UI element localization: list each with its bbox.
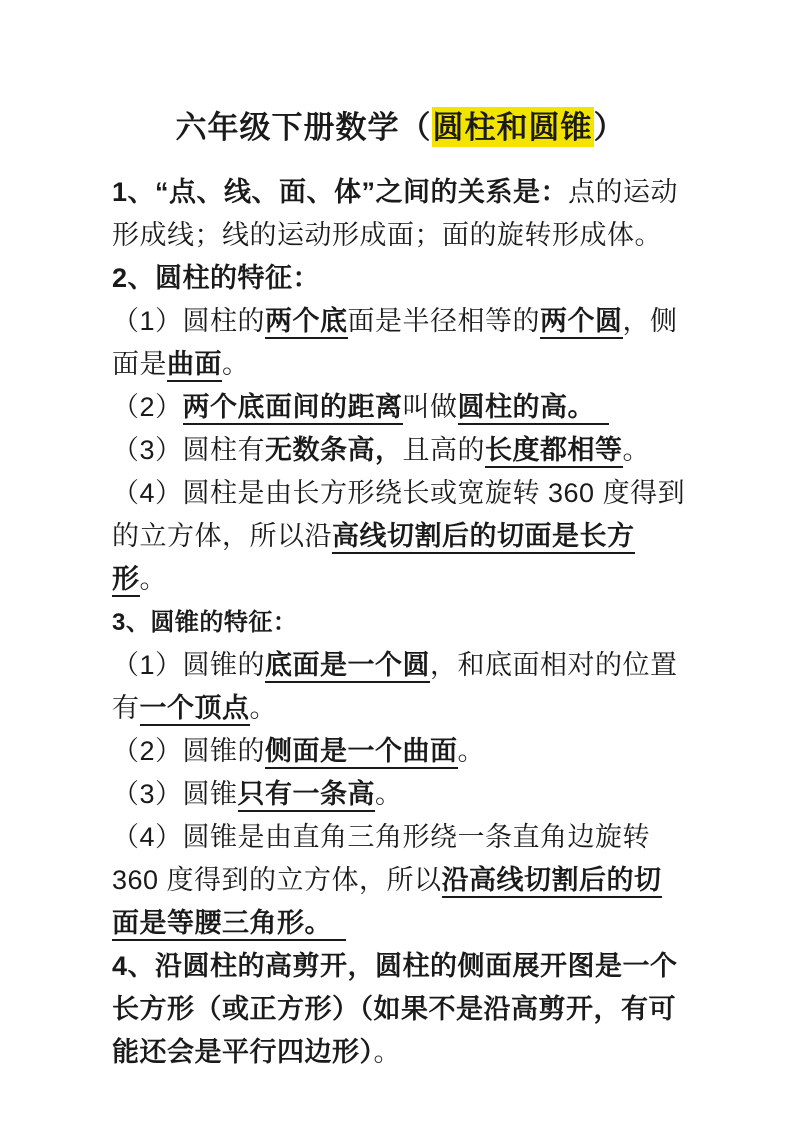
- text-run: 。: [623, 435, 651, 465]
- paragraph-point-1: 1、“点、线、面、体”之间的关系是：点的运动形成线；线的运动形成面；面的旋转形成…: [112, 171, 689, 257]
- text-run: 曲面: [167, 349, 222, 382]
- document-body: 1、“点、线、面、体”之间的关系是：点的运动形成线；线的运动形成面；面的旋转形成…: [112, 171, 689, 1074]
- text-run: （3）圆柱有: [112, 435, 265, 465]
- text-run: （3）圆锥: [112, 779, 238, 809]
- paragraph-cylinder-feature-4: （4）圆柱是由长方形绕长或宽旋转 360 度得到的立方体，所以沿高线切割后的切面…: [112, 472, 689, 601]
- text-run: ）: [594, 110, 626, 145]
- text-run: 且高的: [403, 435, 486, 465]
- text-run: 面是半径相等的: [348, 306, 541, 336]
- document-page: 六年级下册数学（圆柱和圆锥） 1、“点、线、面、体”之间的关系是：点的运动形成线…: [0, 0, 793, 1122]
- text-run: 两个圆: [540, 306, 623, 339]
- text-run: 长度都相等: [485, 435, 623, 468]
- document-content: 六年级下册数学（圆柱和圆锥） 1、“点、线、面、体”之间的关系是：点的运动形成线…: [0, 0, 793, 1074]
- paragraph-cylinder-feature-3: （3）圆柱有无数条高，且高的长度都相等。: [112, 429, 689, 472]
- paragraph-cone-feature-3: （3）圆锥只有一条高。: [112, 773, 689, 816]
- text-run: 。: [222, 349, 250, 379]
- heading-cone-features: 3、圆锥的特征：: [112, 601, 689, 644]
- paragraph-point-4: 4、沿圆柱的高剪开，圆柱的侧面展开图是一个长方形（或正方形）（如果不是沿高剪开，…: [112, 945, 689, 1074]
- paragraph-cone-feature-1: （1）圆锥的底面是一个圆，和底面相对的位置有一个顶点。: [112, 644, 689, 730]
- paragraph-cylinder-feature-2: （2）两个底面间的距离叫做圆柱的高。: [112, 386, 689, 429]
- text-run: 底面是一个圆: [265, 650, 430, 683]
- text-run: 圆柱的高。: [458, 392, 582, 425]
- text-run: （2）: [112, 392, 183, 422]
- text-run: 2、圆柱的特征：: [112, 263, 320, 293]
- text-run: 两个底: [265, 306, 348, 339]
- text-run: 。: [250, 693, 278, 723]
- text-run: 3、圆锥的特征：: [112, 609, 297, 636]
- text-run: 。: [375, 779, 403, 809]
- heading-cylinder-features: 2、圆柱的特征：: [112, 257, 689, 300]
- page-title: 六年级下册数学（圆柱和圆锥）: [112, 102, 689, 147]
- text-run: 。: [140, 564, 168, 594]
- text-run: 1、“点、线、面、体”之间的关系是：: [112, 177, 568, 207]
- text-run: 只有一条高: [238, 779, 376, 812]
- text-run: [319, 908, 347, 941]
- text-run: 。: [374, 1037, 402, 1067]
- text-run: [582, 392, 610, 425]
- text-run: 两个底面间的距离: [183, 392, 403, 425]
- paragraph-cylinder-feature-1: （1）圆柱的两个底面是半径相等的两个圆，侧面是曲面。: [112, 300, 689, 386]
- text-run: 一个顶点: [140, 693, 250, 726]
- paragraph-cone-feature-4: （4）圆锥是由直角三角形绕一条直角边旋转 360 度得到的立方体，所以沿高线切割…: [112, 816, 689, 945]
- text-run: 叫做: [403, 392, 458, 422]
- text-run: （1）圆锥的: [112, 650, 265, 680]
- text-run: 圆柱和圆锥: [432, 107, 594, 147]
- text-run: （1）圆柱的: [112, 306, 265, 336]
- text-run: 无数条高，: [265, 435, 403, 465]
- text-run: 。: [458, 736, 486, 766]
- paragraph-cone-feature-2: （2）圆锥的侧面是一个曲面。: [112, 730, 689, 773]
- text-run: 侧面是一个曲面: [265, 736, 458, 769]
- text-run: （2）圆锥的: [112, 736, 265, 766]
- text-run: 六年级下册数学（: [176, 110, 432, 145]
